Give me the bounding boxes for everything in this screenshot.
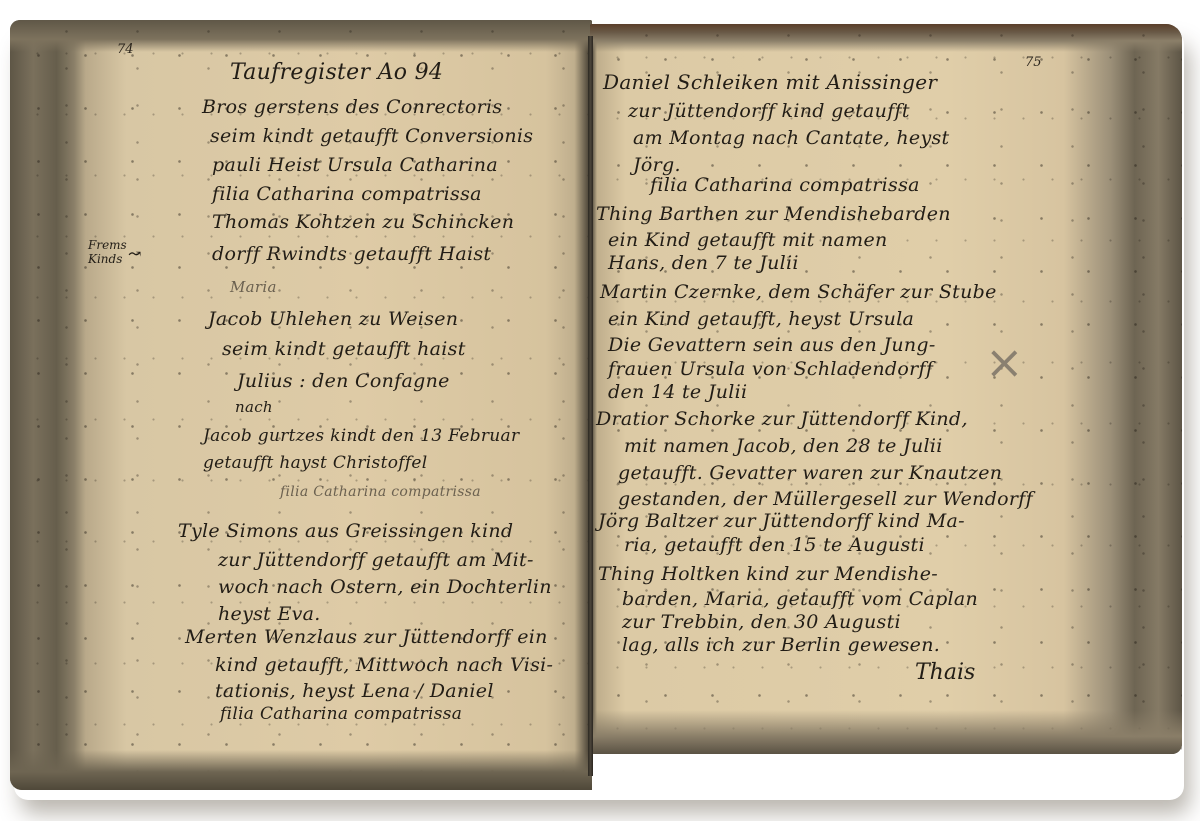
- entry-line: Die Gevattern sein aus den Jung-: [608, 336, 936, 355]
- entry-line: Jacob Uhlehen zu Weisen: [208, 310, 458, 329]
- entry-line: ein Kind getaufft mit namen: [608, 231, 888, 250]
- entry-line: gestanden, der Müllergesell zur Wendorff: [618, 490, 1033, 509]
- entry-line: filia Catharina compatrissa: [280, 485, 481, 499]
- page-number-left: 74: [117, 42, 134, 57]
- entry-line: filia Catharina compatrissa: [220, 706, 462, 723]
- x-mark-icon: ×: [985, 335, 1024, 389]
- entry-line: tationis, heyst Lena / Daniel: [215, 682, 494, 701]
- register-heading: Taufregister Ao 94: [230, 62, 443, 84]
- entry-line: Merten Wenzlaus zur Jüttendorff ein: [185, 628, 548, 647]
- entry-line: mit namen Jacob, den 28 te Julii: [624, 437, 943, 456]
- margin-note: Frems Kinds: [88, 238, 127, 266]
- entry-line: Jacob gurtzes kindt den 13 Februar: [203, 428, 519, 445]
- entry-line: Maria: [230, 280, 277, 295]
- entry-line: Jörg.: [633, 156, 681, 175]
- entry-line: nach: [235, 400, 273, 415]
- margin-note-line: Frems: [88, 238, 127, 252]
- entry-line: lag, alls ich zur Berlin gewesen.: [622, 636, 940, 655]
- entry-line: am Montag nach Cantate, heyst: [633, 129, 950, 148]
- entry-line: filia Catharina compatrissa: [650, 176, 920, 195]
- entry-line: Jörg Baltzer zur Jüttendorff kind Ma-: [598, 512, 965, 531]
- entry-line: ein Kind getaufft, heyst Ursula: [608, 310, 914, 329]
- entry-line: pauli Heist Ursula Catharina: [212, 156, 498, 175]
- margin-arrow-icon: ↝: [128, 244, 141, 263]
- entry-line: seim kindt getaufft haist: [222, 340, 466, 359]
- entry-line: Hans, den 7 te Julii: [608, 254, 799, 273]
- entry-line: woch nach Ostern, ein Dochterlin: [218, 578, 552, 597]
- entry-line: Dratior Schorke zur Jüttendorff Kind,: [596, 410, 968, 429]
- entry-line: zur Jüttendorff kind getaufft: [628, 102, 910, 121]
- entry-line: barden, Maria, getaufft vom Caplan: [622, 590, 978, 609]
- entry-line: Daniel Schleiken mit Anissinger: [603, 72, 937, 92]
- entry-line: Thing Holtken kind zur Mendishe-: [598, 565, 938, 584]
- entry-line: frauen Ursula von Schladendorff: [608, 360, 933, 379]
- entry-line: kind getaufft, Mittwoch nach Visi-: [215, 656, 553, 675]
- entry-line: Thomas Kohtzen zu Schincken: [212, 213, 514, 232]
- book-gutter: [588, 36, 593, 776]
- signature: Thais: [915, 660, 975, 685]
- entry-line: dorff Rwindts getaufft Haist: [212, 245, 491, 264]
- entry-line: ria, getaufft den 15 te Augusti: [624, 536, 925, 555]
- entry-line: Julius : den Confagne: [237, 372, 450, 391]
- entry-line: heyst Eva.: [218, 605, 321, 624]
- margin-note-line: Kinds: [88, 252, 127, 266]
- entry-line: Bros gerstens des Conrectoris: [202, 98, 502, 117]
- entry-line: getaufft hayst Christoffel: [203, 455, 428, 472]
- entry-line: Tyle Simons aus Greissingen kind: [178, 522, 513, 541]
- entry-line: den 14 te Julii: [608, 383, 747, 402]
- entry-line: Martin Czernke, dem Schäfer zur Stube: [600, 283, 997, 302]
- entry-line: zur Trebbin, den 30 Augusti: [622, 613, 901, 632]
- entry-line: seim kindt getaufft Conversionis: [210, 127, 533, 146]
- entry-line: filia Catharina compatrissa: [212, 185, 482, 204]
- page-number-right: 75: [1025, 55, 1042, 70]
- entry-line: Thing Barthen zur Mendishebarden: [596, 205, 951, 224]
- entry-line: zur Jüttendorff getaufft am Mit-: [218, 551, 534, 570]
- entry-line: getaufft. Gevatter waren zur Knautzen: [618, 464, 1002, 483]
